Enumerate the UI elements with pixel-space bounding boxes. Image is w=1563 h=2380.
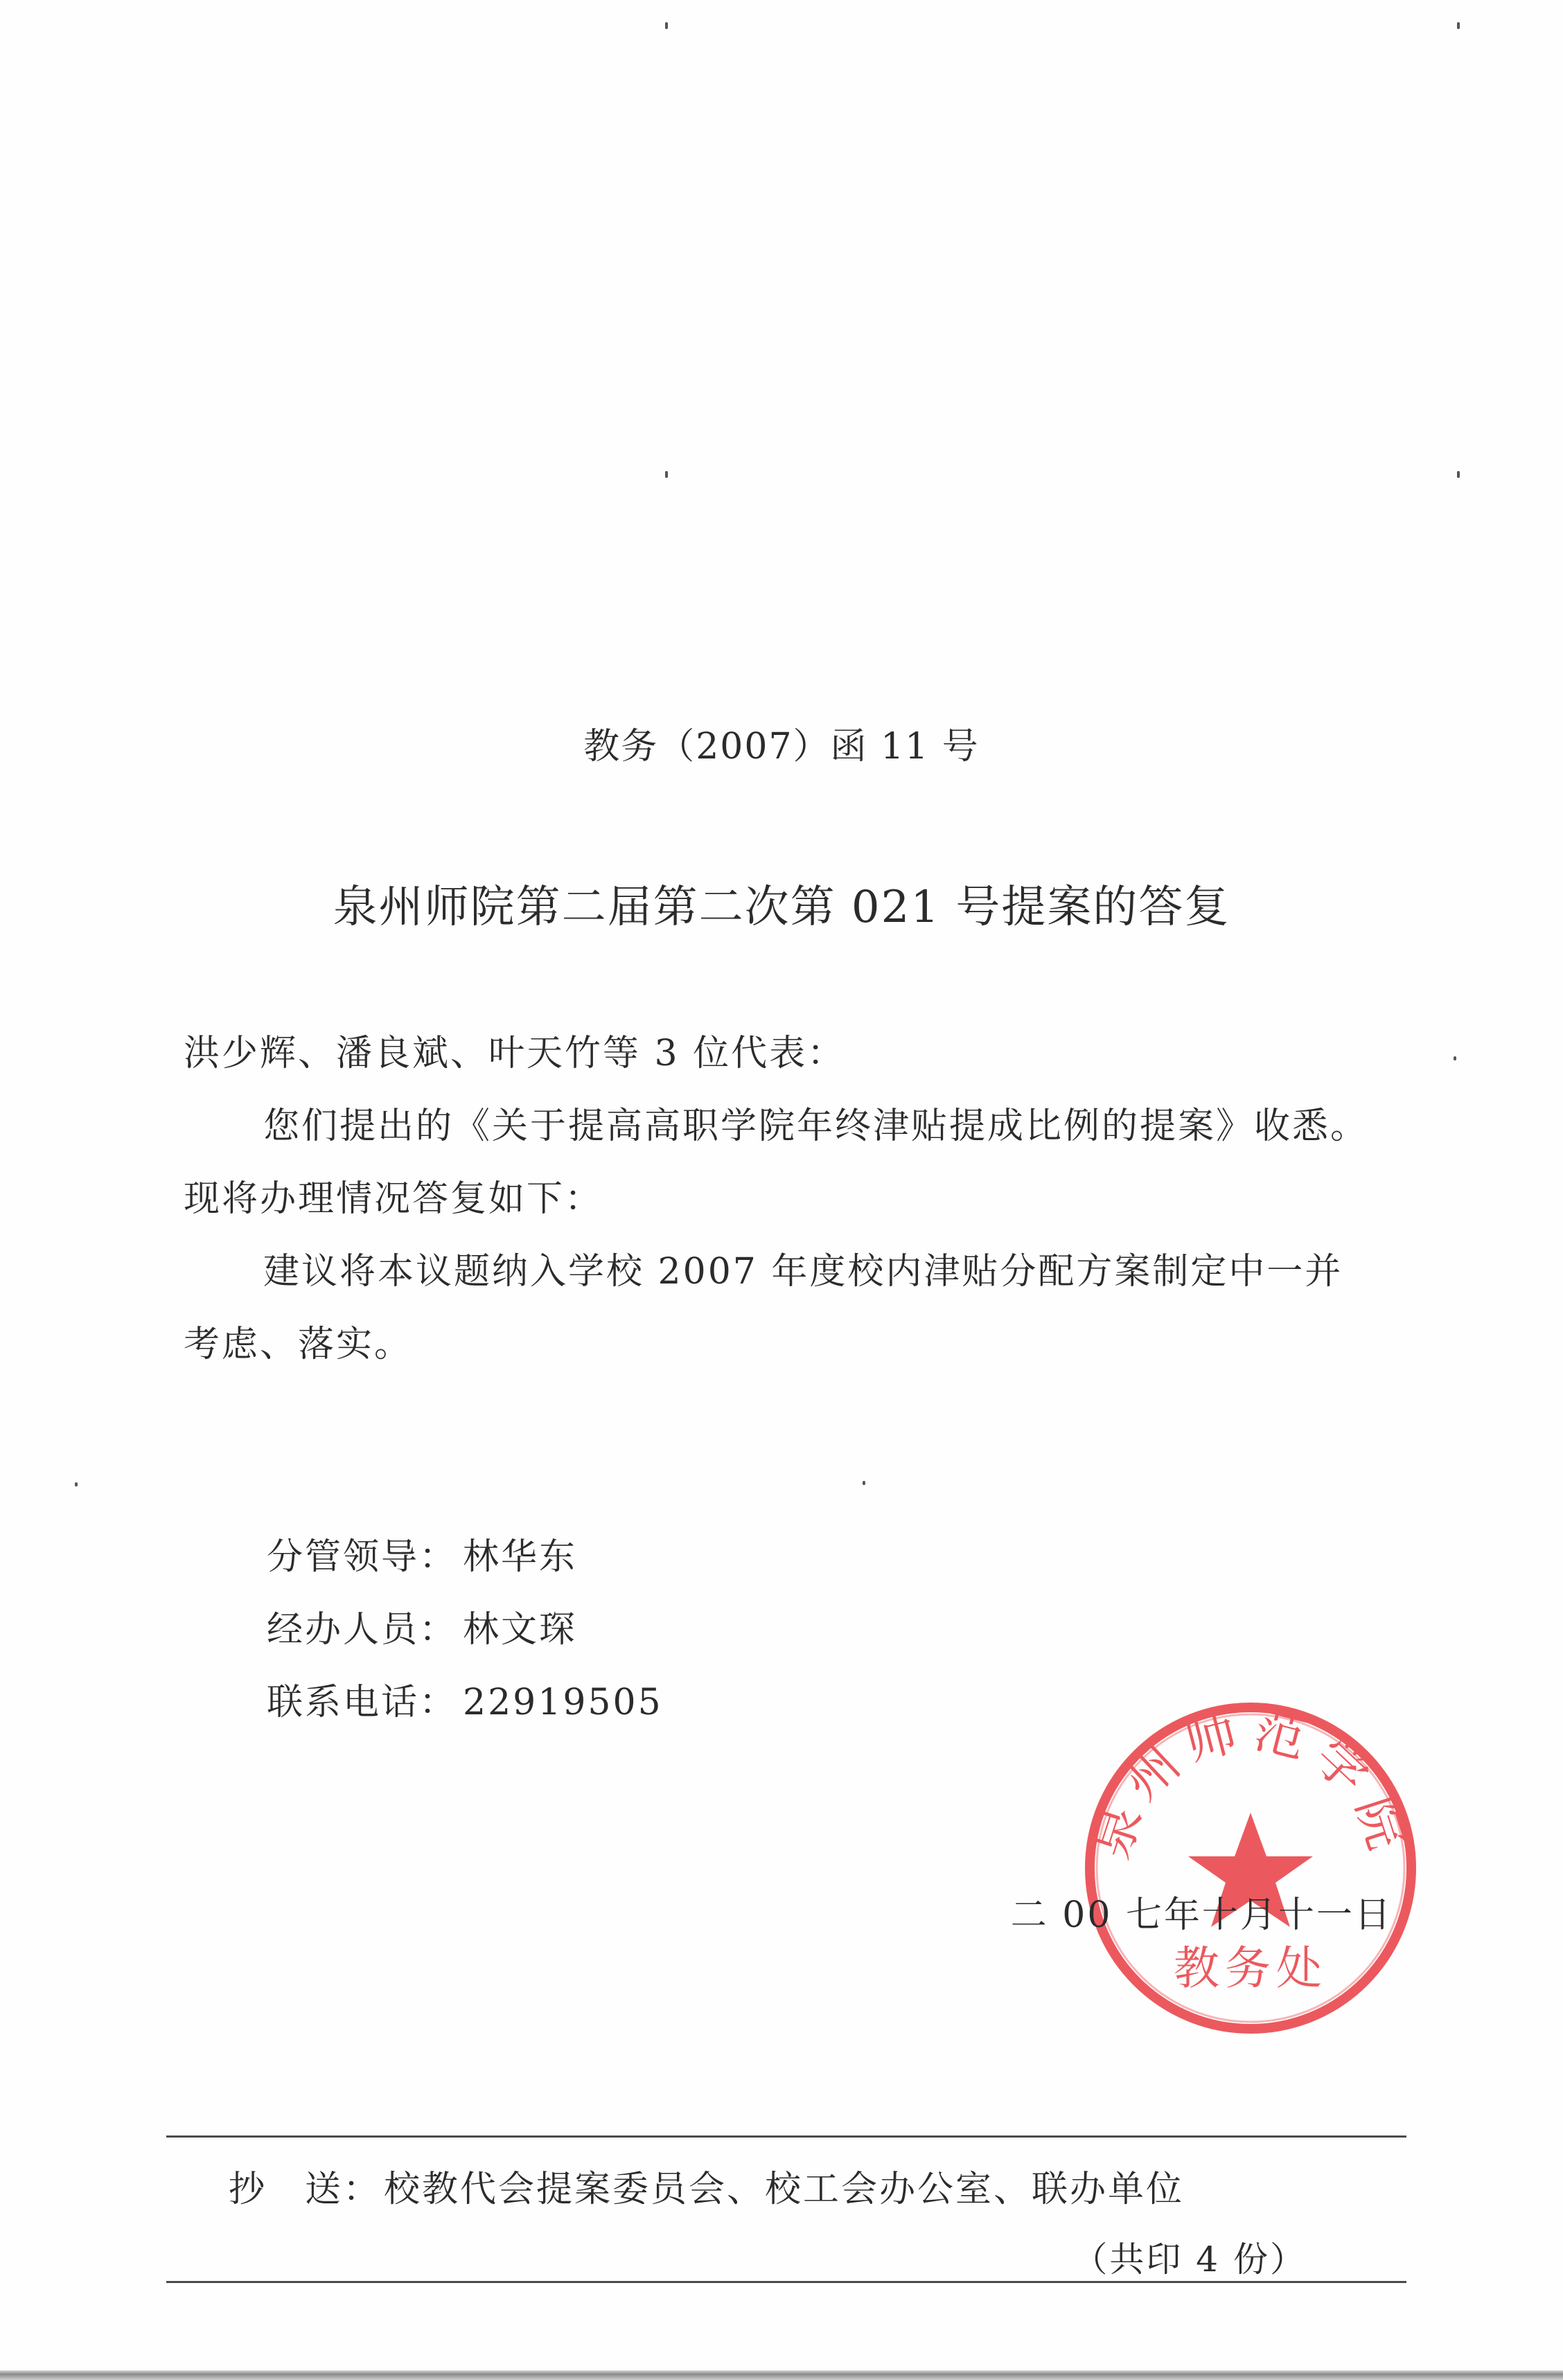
official-seal-icon: 泉州师范学院 教务处 <box>1081 1698 1420 2038</box>
scan-speck <box>1457 22 1460 29</box>
seal-bottom-text: 教务处 <box>1174 1942 1327 1995</box>
document-reference-number: 教务（2007）函 11 号 <box>0 717 1563 769</box>
signature-label: 经办人员： <box>267 1609 457 1651</box>
footer-top-rule <box>166 2135 1406 2138</box>
signature-label: 分管领导： <box>267 1536 457 1578</box>
cc-recipients: 校教代会提案委员会、校工会办公室、联办单位 <box>384 2169 1184 2210</box>
document-page: 教务（2007）函 11 号 泉州师院第二届第二次第 021 号提案的答复 洪少… <box>0 0 1563 2380</box>
copies-count: （共印 4 份） <box>1072 2232 1307 2282</box>
document-title: 泉州师院第二届第二次第 021 号提案的答复 <box>0 871 1563 935</box>
salutation: 洪少辉、潘良斌、叶天竹等 3 位代表： <box>184 1024 845 1076</box>
signature-value: 林文琛 <box>463 1609 577 1651</box>
signature-handler: 经办人员：林文琛 <box>267 1600 577 1652</box>
scan-speck <box>863 1481 865 1485</box>
scan-edge <box>0 2370 1563 2380</box>
paragraph-1-line-1: 您们提出的《关于提高高职学院年终津贴提成比例的提案》收悉。 <box>263 1096 1368 1148</box>
footer-bottom-rule <box>166 2281 1406 2283</box>
scan-speck <box>1457 471 1460 478</box>
signature-value: 22919505 <box>463 1682 663 1723</box>
paragraph-2-line-2: 考虑、落实。 <box>184 1315 412 1367</box>
scan-speck <box>75 1482 78 1486</box>
signature-supervising-leader: 分管领导：林华东 <box>267 1527 577 1579</box>
cc-line: 抄 送：校教代会提案委员会、校工会办公室、联办单位 <box>229 2160 1184 2212</box>
document-date: 二 00 七年十月十一日 <box>1011 1885 1393 1937</box>
signature-label: 联系电话： <box>267 1682 457 1723</box>
scan-speck <box>665 22 668 29</box>
paragraph-2-line-1: 建议将本议题纳入学校 2007 年度校内津贴分配方案制定中一并 <box>263 1242 1343 1294</box>
signature-phone: 联系电话：22919505 <box>267 1673 663 1725</box>
cc-label: 抄 送： <box>229 2169 381 2210</box>
scan-speck <box>665 471 668 478</box>
paragraph-1-line-2: 现将办理情况答复如下： <box>184 1169 603 1221</box>
scan-speck <box>1454 1056 1456 1060</box>
signature-value: 林华东 <box>463 1536 577 1578</box>
